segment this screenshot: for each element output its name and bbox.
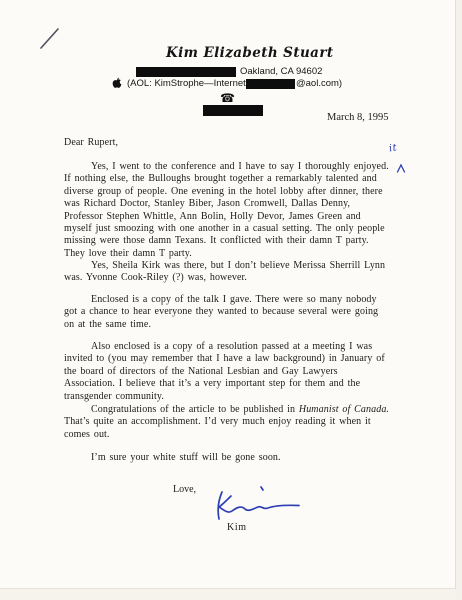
- paragraph-4: Also enclosed is a copy of a resolution …: [64, 341, 385, 403]
- letterhead-name: Kim Elizabeth Stuart: [166, 45, 333, 61]
- pen-slash-mark: [37, 25, 63, 53]
- paragraph-6: I’m sure your white stuff will be gone s…: [64, 452, 281, 464]
- letterhead-aol-line: (AOL: KimStrophe—Internet:: [127, 78, 248, 89]
- letter-line: comes out.: [64, 429, 389, 441]
- telephone-icon: ☎: [220, 91, 235, 105]
- paragraph-3: Enclosed is a copy of the talk I gave. T…: [64, 294, 378, 331]
- letter-line: missing were those damn Texans. It confl…: [64, 235, 389, 247]
- paragraph-1: Yes, I went to the conference and I have…: [64, 161, 389, 260]
- letter-line: I’m sure your white stuff will be gone s…: [64, 452, 281, 464]
- redacted-address-bar: [136, 67, 236, 77]
- handwritten-insertion-it: it: [388, 142, 398, 154]
- letter-line: was Richard Doctor, Stanley Biber, Jason…: [64, 198, 389, 210]
- scanned-letter-page: Kim Elizabeth Stuart Oakland, CA 94602 (…: [0, 0, 462, 600]
- letter-line: Professor Stephen Whittle, Ann Bolin, Ho…: [64, 211, 389, 223]
- letter-line: Enclosed is a copy of the talk I gave. T…: [64, 294, 378, 306]
- paragraph-5: Congratulations of the article to be pub…: [64, 404, 389, 441]
- letter-date: March 8, 1995: [327, 112, 389, 123]
- letterhead-city: Oakland, CA 94602: [240, 66, 322, 77]
- handwritten-signature: [205, 481, 315, 531]
- letter-line: diverse group of people. One evening in …: [64, 186, 389, 198]
- publication-title: Humanist of Canada.: [299, 404, 389, 415]
- salutation: Dear Rupert,: [64, 137, 118, 149]
- letter-line: was. Yvonne Cook-Riley (?) was, however.: [64, 272, 385, 284]
- letter-line: Yes, I went to the conference and I have…: [64, 161, 389, 173]
- letter-line: invited to (you may remember that I have…: [64, 353, 385, 365]
- letter-line: got a chance to hear everyone they wante…: [64, 306, 378, 318]
- letter-line: the board of directors of the National L…: [64, 366, 385, 378]
- letter-line: myself just smoozing with one another in…: [64, 223, 389, 235]
- redacted-phone-bar: [203, 105, 263, 116]
- letter-line: Also enclosed is a copy of a resolution …: [64, 341, 385, 353]
- letter-line: Yes, Sheila Kirk was there, but I don’t …: [64, 260, 385, 272]
- insertion-caret-icon: [396, 163, 406, 174]
- letter-line: If nothing else, the Bulloughs brought t…: [64, 173, 389, 185]
- letterhead-email-suffix: @aol.com): [296, 78, 342, 89]
- letter-line: That’s quite an accomplishment. I’d very…: [64, 416, 389, 428]
- typed-signature-name: Kim: [227, 522, 247, 533]
- letter-line: Association. I believe that it’s a very …: [64, 378, 385, 390]
- letter-line: They love their damn T party.: [64, 248, 389, 260]
- letter-line: on at the same time.: [64, 319, 378, 331]
- paragraph-2: Yes, Sheila Kirk was there, but I don’t …: [64, 260, 385, 285]
- apple-logo-icon: [112, 77, 122, 89]
- closing-love: Love,: [173, 484, 196, 495]
- letter-text: Congratulations of the article to be pub…: [91, 404, 299, 415]
- scan-margin-right: [456, 0, 462, 600]
- redacted-email-bar: [246, 79, 295, 89]
- letter-line: Congratulations of the article to be pub…: [64, 404, 389, 416]
- letter-line: transgender community.: [64, 391, 385, 403]
- scan-margin-bottom: [0, 589, 456, 600]
